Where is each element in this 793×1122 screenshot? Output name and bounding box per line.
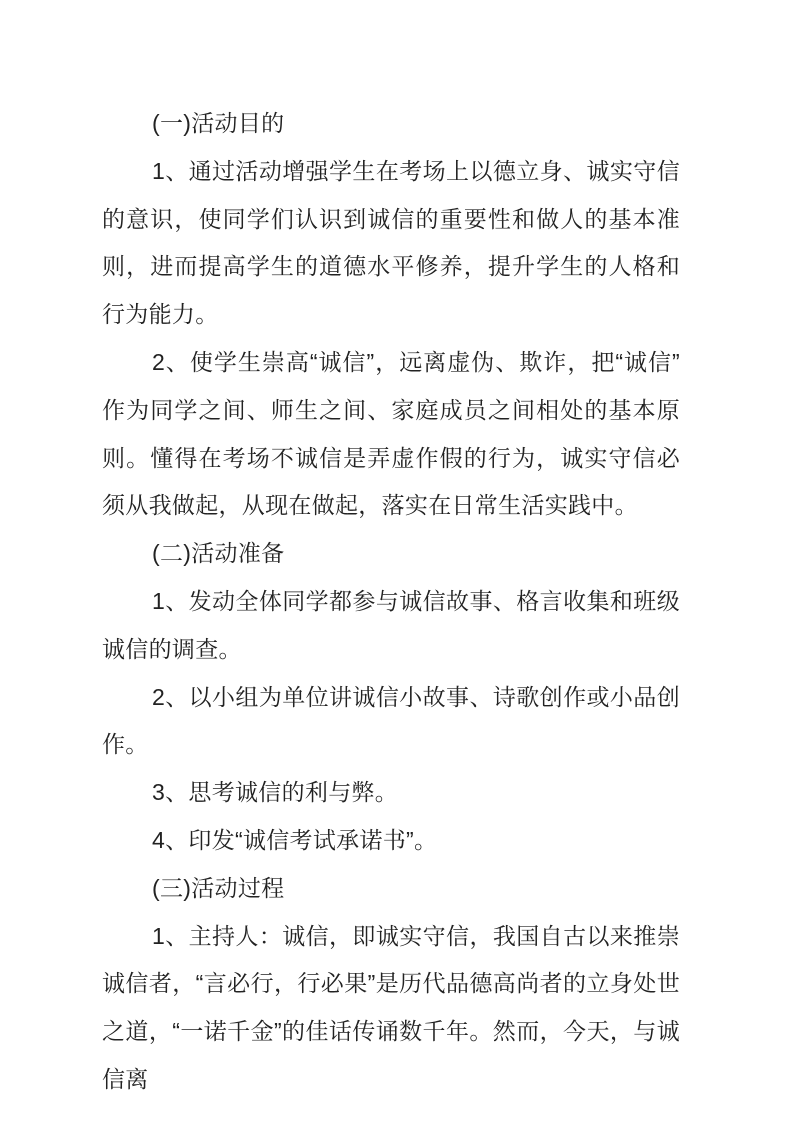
paragraph: 1、主持人：诚信，即诚实守信，我国自古以来推崇诚信者，“言必行，行必果”是历代品… bbox=[102, 913, 680, 1104]
paragraph: 1、通过活动增强学生在考场上以德立身、诚实守信的意识，使同学们认识到诚信的重要性… bbox=[102, 148, 680, 339]
document-page: (一)活动目的1、通过活动增强学生在考场上以德立身、诚实守信的意识，使同学们认识… bbox=[0, 0, 793, 1122]
paragraph: 2、以小组为单位讲诚信小故事、诗歌创作或小品创作。 bbox=[102, 674, 680, 770]
paragraph: 3、思考诚信的利与弊。 bbox=[102, 769, 680, 817]
document-body: (一)活动目的1、通过活动增强学生在考场上以德立身、诚实守信的意识，使同学们认识… bbox=[102, 100, 680, 1104]
paragraph: 4、印发“诚信考试承诺书”。 bbox=[102, 817, 680, 865]
section-heading: (二)活动准备 bbox=[102, 530, 680, 578]
section-heading: (一)活动目的 bbox=[102, 100, 680, 148]
section-heading: (三)活动过程 bbox=[102, 865, 680, 913]
paragraph: 2、使学生崇高“诚信”，远离虚伪、欺诈，把“诚信”作为同学之间、师生之间、家庭成… bbox=[102, 339, 680, 530]
paragraph: 1、发动全体同学都参与诚信故事、格言收集和班级诚信的调查。 bbox=[102, 578, 680, 674]
